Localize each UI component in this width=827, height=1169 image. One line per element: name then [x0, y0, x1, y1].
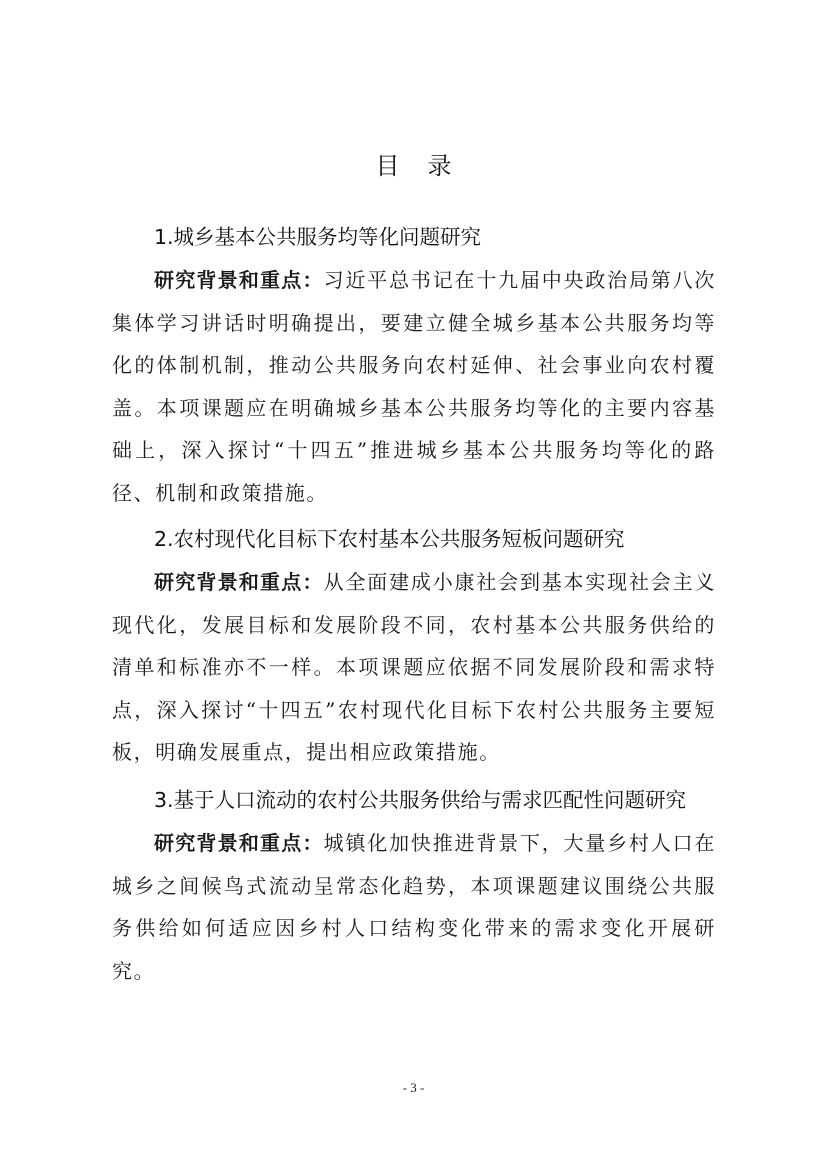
paragraph-lead: 研究背景和重点：: [154, 570, 324, 594]
section-paragraph: 研究背景和重点：城镇化加快推进背景下，大量乡村人口在城乡之间候鸟式流动呈常态化趋…: [112, 822, 716, 992]
section-2: 2.农村现代化目标下农村基本公共服务短板问题研究 研究背景和重点：从全面建成小康…: [112, 518, 716, 774]
section-heading: 2.农村现代化目标下农村基本公共服务短板问题研究: [112, 518, 716, 561]
page-number: - 3 -: [0, 1080, 827, 1096]
paragraph-body: 习近平总书记在十九届中央政治局第八次集体学习讲话时明确提出，要建立健全城乡基本公…: [112, 268, 716, 505]
paragraph-body: 从全面建成小康社会到基本实现社会主义现代化，发展目标和发展阶段不同，农村基本公共…: [112, 570, 716, 764]
section-heading: 3.基于人口流动的农村公共服务供给与需求匹配性问题研究: [112, 779, 716, 822]
paragraph-lead: 研究背景和重点：: [154, 831, 324, 855]
section-1: 1.城乡基本公共服务均等化问题研究 研究背景和重点：习近平总书记在十九届中央政治…: [112, 216, 716, 514]
page-title: 目录: [0, 146, 827, 181]
section-paragraph: 研究背景和重点：习近平总书记在十九届中央政治局第八次集体学习讲话时明确提出，要建…: [112, 259, 716, 514]
section-3: 3.基于人口流动的农村公共服务供给与需求匹配性问题研究 研究背景和重点：城镇化加…: [112, 779, 716, 992]
section-paragraph: 研究背景和重点：从全面建成小康社会到基本实现社会主义现代化，发展目标和发展阶段不…: [112, 561, 716, 774]
paragraph-lead: 研究背景和重点：: [154, 268, 324, 292]
document-page: 目录 1.城乡基本公共服务均等化问题研究 研究背景和重点：习近平总书记在十九届中…: [0, 0, 827, 1169]
section-heading: 1.城乡基本公共服务均等化问题研究: [112, 216, 716, 259]
